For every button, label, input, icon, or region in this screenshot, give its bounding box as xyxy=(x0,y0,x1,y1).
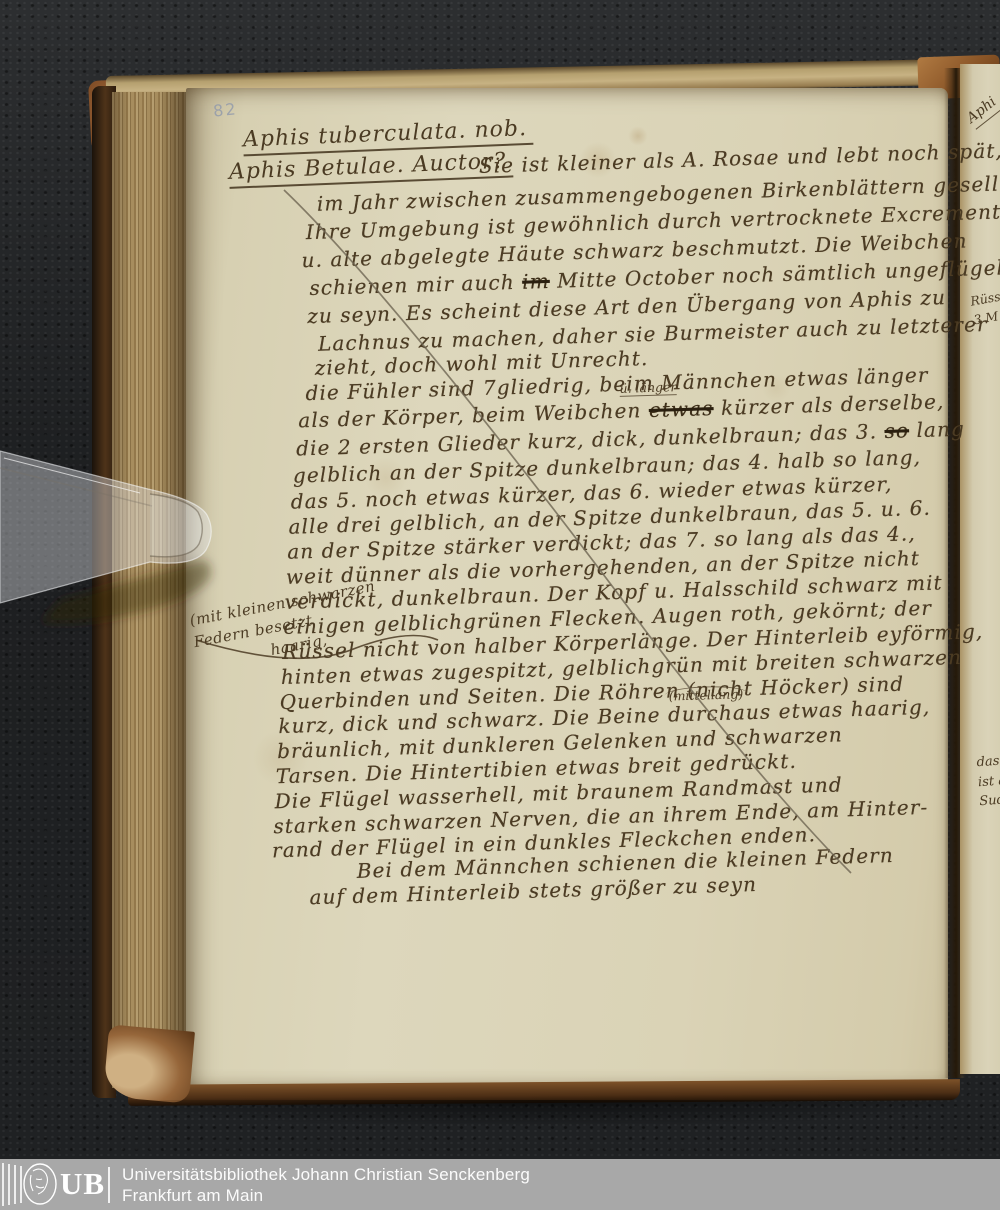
manuscript-line: Sie ist kleiner als A. Rosae und lebt no… xyxy=(479,140,1000,176)
struck-through-word: im xyxy=(522,269,550,294)
digitized-manuscript-scan: Aphi Rüss 3 M das l ist an Sud 82 Aphis … xyxy=(0,0,1000,1210)
struck-through-word: so xyxy=(884,418,909,443)
logo-portrait-oval xyxy=(24,1164,56,1204)
logo-book-lines xyxy=(3,1163,21,1206)
ub-logo-wordmark: UB xyxy=(60,1166,105,1202)
struck-through-word: etwas xyxy=(649,396,714,422)
library-name-line1: Universitätsbibliothek Johann Christian … xyxy=(122,1164,530,1185)
library-name: Universitätsbibliothek Johann Christian … xyxy=(122,1164,530,1206)
footer-banner: UB Universitätsbibliothek Johann Christi… xyxy=(0,1159,1000,1210)
logo-divider xyxy=(108,1167,110,1203)
logo-portrait-face xyxy=(30,1169,47,1194)
page-number: 82 xyxy=(212,99,238,120)
library-name-line2: Frankfurt am Main xyxy=(122,1185,530,1206)
handwriting-layer: 82 Aphis tuberculata. nob. Aphis Betulae… xyxy=(0,0,1000,1210)
